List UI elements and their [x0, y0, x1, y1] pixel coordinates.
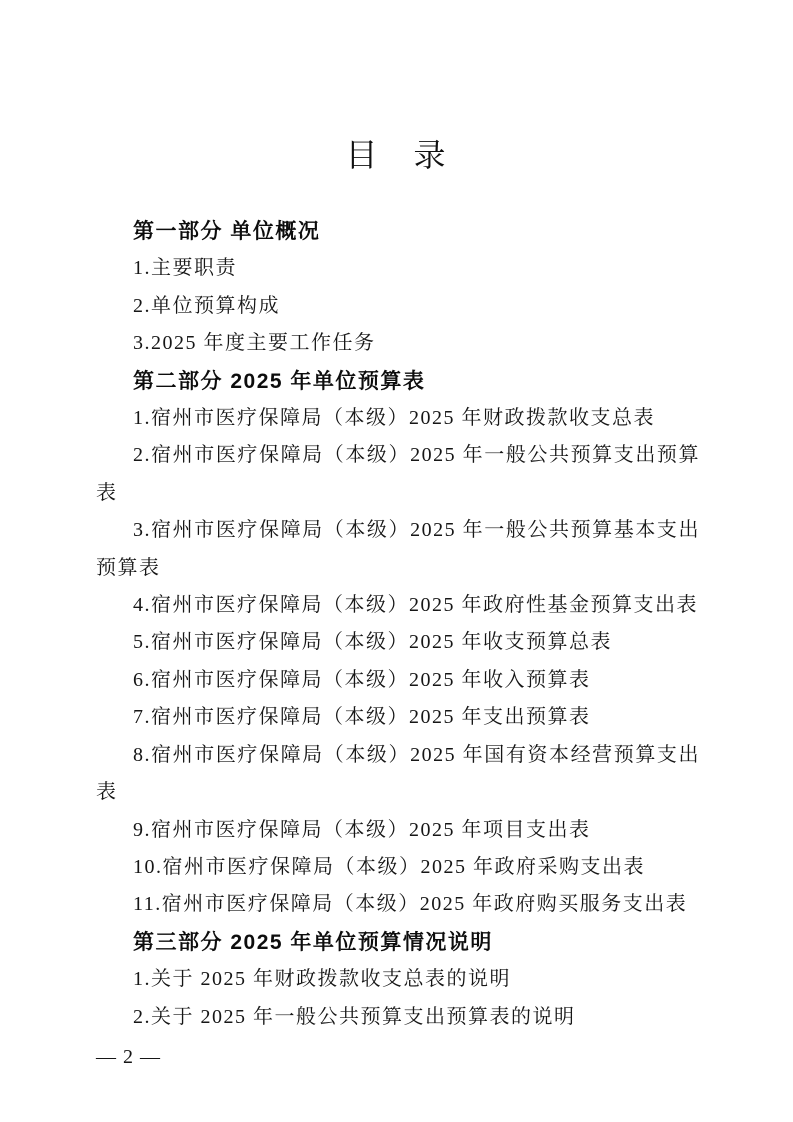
toc-item-2-6: 6.宿州市医疗保障局（本级）2025 年收入预算表 — [96, 662, 700, 699]
section-1-heading: 第一部分 单位概况 — [96, 213, 700, 250]
toc-item-2-4: 4.宿州市医疗保障局（本级）2025 年政府性基金预算支出表 — [96, 587, 700, 624]
toc-content: 第一部分 单位概况 1.主要职责 2.单位预算构成 3.2025 年度主要工作任… — [96, 213, 700, 1036]
toc-item-2-10: 10.宿州市医疗保障局（本级）2025 年政府采购支出表 — [96, 849, 700, 886]
page-number: — 2 — — [96, 1046, 161, 1069]
toc-item-1-3: 3.2025 年度主要工作任务 — [96, 325, 700, 362]
toc-item-2-2: 2.宿州市医疗保障局（本级）2025 年一般公共预算支出预算表 — [96, 437, 700, 512]
toc-title: 目 录 — [0, 130, 793, 176]
toc-item-3-1: 1.关于 2025 年财政拨款收支总表的说明 — [96, 961, 700, 998]
toc-item-2-11: 11.宿州市医疗保障局（本级）2025 年政府购买服务支出表 — [96, 886, 700, 923]
section-2-heading: 第二部分 2025 年单位预算表 — [96, 363, 700, 400]
document-page: 目 录 第一部分 单位概况 1.主要职责 2.单位预算构成 3.2025 年度主… — [0, 0, 793, 1122]
toc-item-1-2: 2.单位预算构成 — [96, 288, 700, 325]
toc-item-2-9: 9.宿州市医疗保障局（本级）2025 年项目支出表 — [96, 812, 700, 849]
toc-item-2-5: 5.宿州市医疗保障局（本级）2025 年收支预算总表 — [96, 624, 700, 661]
toc-item-2-8: 8.宿州市医疗保障局（本级）2025 年国有资本经营预算支出表 — [96, 737, 700, 812]
toc-item-3-2: 2.关于 2025 年一般公共预算支出预算表的说明 — [96, 999, 700, 1036]
section-3-heading: 第三部分 2025 年单位预算情况说明 — [96, 924, 700, 961]
toc-item-1-1: 1.主要职责 — [96, 250, 700, 287]
toc-item-2-1: 1.宿州市医疗保障局（本级）2025 年财政拨款收支总表 — [96, 400, 700, 437]
toc-item-2-3: 3.宿州市医疗保障局（本级）2025 年一般公共预算基本支出预算表 — [96, 512, 700, 587]
toc-item-2-7: 7.宿州市医疗保障局（本级）2025 年支出预算表 — [96, 699, 700, 736]
